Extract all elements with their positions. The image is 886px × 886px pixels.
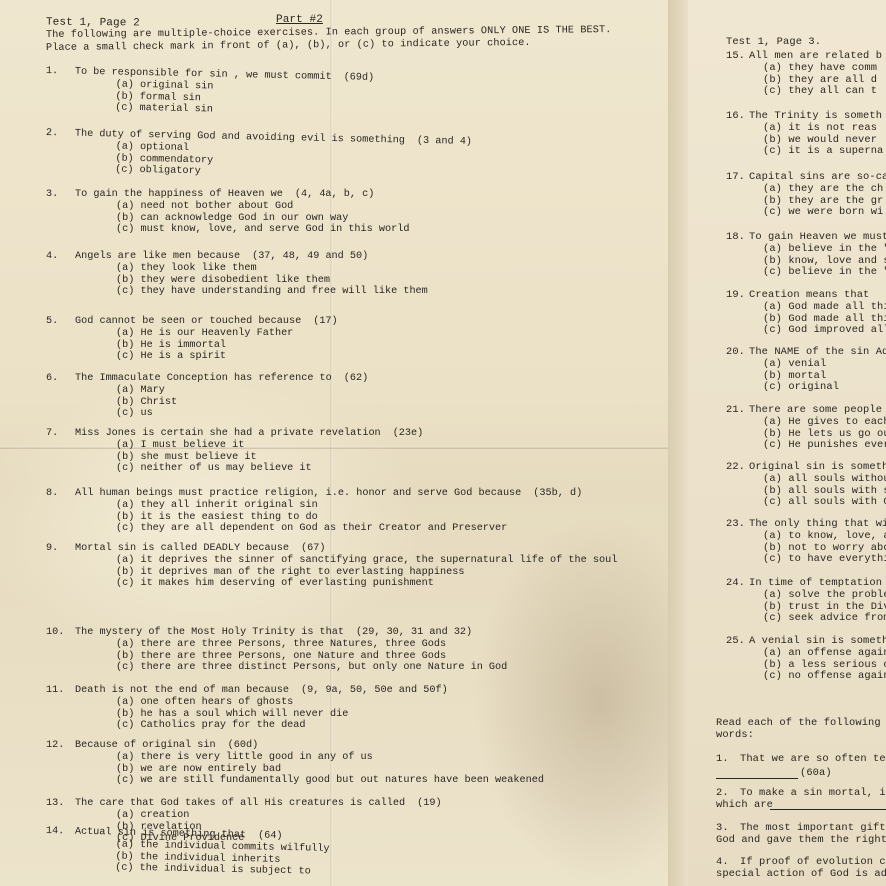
answer-option-a[interactable]: (a) there is very little good in any of … [116, 752, 373, 763]
question-text: In time of temptation we [749, 577, 886, 589]
answer-option-c[interactable]: (c) believe in the " [763, 266, 886, 278]
answer-option-c[interactable]: (c) no offense agains [763, 670, 886, 682]
question-text: Miss Jones is certain she had a private … [75, 428, 381, 439]
answer-option-a[interactable]: (a) they have comm [763, 62, 877, 74]
question-text: To gain the happiness of Heaven we [75, 189, 283, 200]
question-text: A venial sin is something [749, 635, 886, 647]
answer-option-a[interactable]: (a) they look like them [116, 263, 257, 274]
fill-in-text: special action of God is admit [716, 868, 886, 880]
answer-option-c[interactable]: (c) it makes him deserving of everlastin… [116, 578, 434, 589]
answer-option-c[interactable]: (c) it is a superna [763, 145, 883, 157]
reference-number: (9, 9a, 50, 50e and 50f) [301, 685, 448, 696]
answer-option-c[interactable]: (c) we were born wi [763, 206, 883, 218]
question-stem: 4.Angels are like men because(37, 48, 49… [46, 251, 368, 262]
answer-option-b[interactable]: (b) all souls with som [763, 485, 886, 497]
answer-option-a[interactable]: (a) all souls without [763, 473, 886, 485]
answer-option-b[interactable]: (b) it is the easiest thing to do [116, 512, 318, 523]
answer-option-a[interactable]: (a) to know, love, and [763, 530, 886, 542]
question-stem: 10.The mystery of the Most Holy Trinity … [46, 627, 472, 638]
answer-option-c[interactable]: (c) must know, love, and serve God in th… [116, 224, 409, 235]
question-number: 19. [726, 289, 749, 301]
question-number: 20. [726, 346, 749, 358]
answer-option-c[interactable]: (c) there are three distinct Persons, bu… [116, 662, 507, 673]
reference-number: (62) [344, 373, 368, 384]
question-stem: 19.Creation means that [726, 289, 869, 301]
answer-option-a[interactable]: (a) an offense agains [763, 647, 886, 659]
answer-option-a[interactable]: (a) they all inherit original sin [116, 500, 318, 511]
question-text: Capital sins are so-ca [749, 171, 886, 183]
answer-option-a[interactable]: (a) there are three Persons, three Natur… [116, 639, 446, 650]
answer-option-a[interactable]: (a) He is our Heavenly Father [116, 328, 293, 339]
answer-option-b[interactable]: (b) we would never [763, 134, 877, 146]
question-number: 12. [46, 740, 75, 751]
reference-number: (23e) [393, 428, 424, 439]
question-stem: 21.There are some people wh [726, 404, 886, 416]
answer-option-c[interactable]: (c) seek advice from [763, 612, 886, 624]
fill-in-instructions-cont: words: [716, 729, 754, 741]
part-title: Part #2 [276, 14, 323, 26]
question-stem: 24.In time of temptation we [726, 577, 886, 589]
answer-option-b[interactable]: (b) Christ [116, 397, 177, 408]
question-text: The Trinity is someth [749, 110, 882, 122]
answer-blank-2[interactable] [770, 809, 886, 810]
reference-number: (17) [313, 316, 337, 327]
answer-option-b[interactable]: (b) they are the gr [763, 195, 883, 207]
question-number: 16. [726, 110, 749, 122]
question-number: 6. [46, 373, 75, 384]
question-stem: 16.The Trinity is someth [726, 110, 882, 122]
question-text: God cannot be seen or touched because [75, 316, 301, 327]
answer-option-b[interactable]: (b) trust in the Divi [763, 601, 886, 613]
question-text: The mystery of the Most Holy Trinity is … [75, 627, 344, 638]
fill-in-number: 3. [716, 822, 729, 834]
answer-option-c[interactable]: (c) He is a spirit [116, 351, 226, 362]
answer-option-b[interactable]: (b) God made all thi [763, 313, 886, 325]
answer-option-b[interactable]: (b) they are all d [763, 74, 877, 86]
answer-option-c[interactable]: (c) obligatory [115, 164, 201, 177]
answer-option-a[interactable]: (a) venial [763, 358, 826, 370]
question-text: All human beings must practice religion,… [75, 488, 521, 499]
question-number: 22. [726, 461, 749, 473]
answer-option-a[interactable]: (a) one often hears of ghosts [116, 697, 293, 708]
answer-option-c[interactable]: (c) they have understanding and free wil… [116, 286, 428, 297]
question-number: 1. [46, 66, 75, 78]
question-number: 5. [46, 316, 75, 327]
fill-in-instructions: Read each of the following st [716, 717, 886, 729]
question-text: Angels are like men because [75, 251, 240, 262]
fill-in-number: 1. [716, 753, 729, 765]
answer-option-a[interactable]: (a) God made all thi [763, 301, 886, 313]
answer-option-b[interactable]: (b) know, love and s [763, 255, 886, 267]
fill-in-text: To make a sin mortal, it i [740, 787, 886, 799]
answer-option-a[interactable]: (a) solve the problem [763, 589, 886, 601]
question-stem: 25.A venial sin is something [726, 635, 886, 647]
question-stem: 8.All human beings must practice religio… [46, 488, 582, 499]
page-gap-shadow [668, 0, 688, 886]
reference-number: (37, 48, 49 and 50) [252, 251, 368, 262]
question-text: The care that God takes of all His creat… [75, 798, 405, 809]
question-number: 25. [726, 635, 749, 647]
question-stem: 7.Miss Jones is certain she had a privat… [46, 428, 423, 439]
answer-option-a[interactable]: (a) I must believe it [116, 440, 244, 451]
question-number: 15. [726, 50, 749, 62]
answer-option-c[interactable]: (c) they are all dependent on God as the… [116, 523, 507, 534]
answer-option-a[interactable]: (a) He gives to each [763, 416, 886, 428]
answer-option-c[interactable]: (c) original [763, 381, 839, 393]
question-stem: 9.Mortal sin is called DEADLY because(67… [46, 543, 325, 554]
answer-option-c[interactable]: (c) to have everythin [763, 553, 886, 565]
question-number: 13. [46, 798, 75, 809]
answer-option-b[interactable]: (b) not to worry abou [763, 542, 886, 554]
fill-in-text: which are [716, 799, 773, 811]
answer-option-a[interactable]: (a) optional [116, 141, 190, 154]
question-text: Creation means that [749, 289, 869, 301]
answer-option-b[interactable]: (b) she must believe it [116, 452, 257, 463]
answer-option-b[interactable]: (b) mortal [763, 370, 826, 382]
question-stem: 20.The NAME of the sin Ad [726, 346, 886, 358]
answer-option-a[interactable]: (a) believe in the " [763, 243, 886, 255]
answer-option-b[interactable]: (b) we are now entirely bad [116, 764, 281, 775]
answer-option-b[interactable]: (b) they were disobedient like them [116, 275, 330, 286]
answer-option-a[interactable]: (a) it deprives the sinner of sanctifyin… [116, 555, 617, 566]
question-stem: 23.The only thing that will [726, 518, 886, 530]
question-number: 17. [726, 171, 749, 183]
question-number: 11. [46, 685, 75, 696]
question-stem: 18.To gain Heaven we must [726, 231, 886, 243]
answer-option-c[interactable]: (c) He punishes every [763, 439, 886, 451]
answer-option-c[interactable]: (c) neither of us may believe it [116, 463, 312, 474]
answer-option-a[interactable]: (a) Mary [116, 385, 165, 396]
question-text: Original sin is something [749, 461, 886, 473]
answer-option-b[interactable]: (b) there are three Persons, one Nature … [116, 651, 446, 662]
answer-option-b[interactable]: (b) he has a soul which will never die [116, 709, 348, 720]
answer-option-c[interactable]: (c) God improved all [763, 324, 886, 336]
question-text: There are some people wh [749, 404, 886, 416]
answer-option-b[interactable]: (b) a less serious of [763, 659, 886, 671]
fill-in-text: The most important gift wh [740, 822, 886, 834]
page-header: Test 1, Page 2 [46, 17, 140, 30]
fill-in-text: That we are so often tempt [740, 753, 886, 765]
question-number: 21. [726, 404, 749, 416]
answer-option-b[interactable]: (b) can acknowledge God in our own way [116, 213, 348, 224]
question-number: 8. [46, 488, 75, 499]
question-number: 4. [46, 251, 75, 262]
question-text: To gain Heaven we must [749, 231, 886, 243]
fill-in-number: 4. [716, 856, 729, 868]
answer-option-c[interactable]: (c) material sin [115, 102, 213, 115]
question-text: The NAME of the sin Ad [749, 346, 886, 358]
question-stem: 11.Death is not the end of man because(9… [46, 685, 448, 696]
reference-number: (60d) [228, 740, 259, 751]
paper-fold-horizontal [0, 446, 668, 449]
answer-option-a[interactable]: (a) they are the ch [763, 183, 883, 195]
question-text: Mortal sin is called DEADLY because [75, 543, 289, 554]
question-number: 14. [46, 826, 75, 838]
question-stem: 6.The Immaculate Conception has referenc… [46, 373, 368, 384]
question-text: Because of original sin [75, 740, 216, 751]
reference-number: (19) [417, 798, 441, 809]
answer-option-b[interactable]: (b) He is immortal [116, 340, 226, 351]
answer-option-a[interactable]: (a) need not bother about God [116, 201, 293, 212]
reference-number: (29, 30, 31 and 32) [356, 627, 472, 638]
answer-option-c[interactable]: (c) Catholics pray for the dead [116, 720, 306, 731]
question-stem: 12.Because of original sin(60d) [46, 740, 258, 751]
question-text: All men are related b [749, 50, 882, 62]
fill-in-text: If proof of evolution coul [740, 856, 886, 868]
question-number: 7. [46, 428, 75, 439]
reference-number: (3 and 4) [417, 136, 472, 148]
reference-number: (67) [301, 543, 325, 554]
question-stem: 15.All men are related b [726, 50, 882, 62]
reference-number: (64) [258, 830, 283, 842]
reference-number: (4, 4a, b, c) [295, 189, 374, 200]
answer-option-b[interactable]: (b) it deprives man of the right to ever… [116, 567, 464, 578]
question-stem: 3.To gain the happiness of Heaven we(4, … [46, 189, 374, 200]
question-stem: 5.God cannot be seen or touched because(… [46, 316, 338, 327]
reference-number: (69d) [343, 72, 374, 84]
question-number: 18. [726, 231, 749, 243]
question-number: 24. [726, 577, 749, 589]
answer-option-c[interactable]: (c) they all can t [763, 85, 877, 97]
question-number: 2. [46, 128, 75, 140]
answer-option-c[interactable]: (c) all souls with ONE [763, 496, 886, 508]
fill-in-reference: (60a) [800, 767, 832, 779]
answer-blank-1[interactable] [716, 778, 798, 779]
question-number: 10. [46, 627, 75, 638]
reference-number: (35b, d) [533, 488, 582, 499]
answer-option-b[interactable]: (b) He lets us go our [763, 428, 886, 440]
question-number: 23. [726, 518, 749, 530]
fill-in-text: God and gave them the right to [716, 834, 886, 846]
question-text: The only thing that will [749, 518, 886, 530]
question-stem: 17.Capital sins are so-ca [726, 171, 886, 183]
question-number: 9. [46, 543, 75, 554]
answer-option-c[interactable]: (c) us [116, 408, 153, 419]
question-text: Death is not the end of man because [75, 685, 289, 696]
question-stem: 22.Original sin is something [726, 461, 886, 473]
answer-option-c[interactable]: (c) we are still fundamentally good but … [116, 775, 544, 786]
question-number: 3. [46, 189, 75, 200]
fill-in-number: 2. [716, 787, 729, 799]
page-header-right: Test 1, Page 3. [726, 36, 821, 48]
answer-option-a[interactable]: (a) it is not reas [763, 122, 877, 134]
question-text: The Immaculate Conception has reference … [75, 373, 332, 384]
answer-option-a[interactable]: (a) creation [116, 810, 189, 821]
question-stem: 13.The care that God takes of all His cr… [46, 798, 442, 809]
